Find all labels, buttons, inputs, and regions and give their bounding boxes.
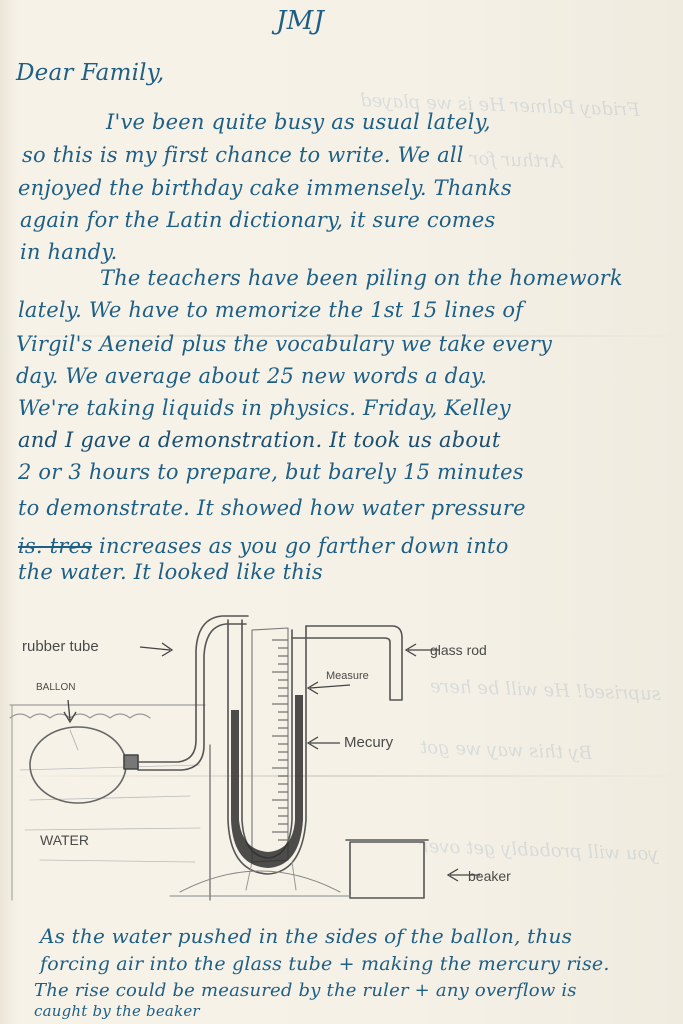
label-beaker: beaker (468, 868, 511, 884)
body-line: to demonstrate. It showed how water pres… (18, 498, 526, 519)
closing-line: caught by the beaker (34, 1004, 200, 1019)
body-line: and I gave a demonstration. It took us a… (18, 430, 501, 451)
body-line: lately. We have to memorize the 1st 15 l… (18, 300, 523, 321)
struck-text: is. tres (18, 534, 92, 558)
label-water: WATER (40, 832, 89, 848)
body-line: day. We average about 25 new words a day… (16, 366, 487, 387)
body-line: The teachers have been piling on the hom… (100, 268, 623, 289)
body-line: 2 or 3 hours to prepare, but barely 15 m… (18, 462, 524, 483)
body-line: We're taking liquids in physics. Friday,… (18, 398, 511, 419)
body-line: so this is my first chance to write. We … (22, 145, 464, 166)
header-mark: JMJ (276, 8, 324, 34)
manometer-diagram (0, 600, 683, 910)
label-rubber-tube: rubber tube (22, 638, 99, 655)
label-glass-rod: glass rod (430, 642, 487, 658)
body-line: again for the Latin dictionary, it sure … (20, 210, 495, 231)
closing-line: The rise could be measured by the ruler … (34, 982, 577, 1000)
label-balloon: BALLON (36, 682, 75, 693)
label-measure: Measure (326, 670, 369, 682)
bleed-through-text: Arthur for (470, 148, 563, 172)
body-line: I've been quite busy as usual lately, (106, 112, 491, 133)
body-line-text: increases as you go farther down into (99, 534, 509, 558)
body-line: the water. It looked like this (18, 562, 323, 583)
body-line: Virgil's Aeneid plus the vocabulary we t… (16, 334, 552, 355)
letter-page: Friday Palmer He is we played Arthur for… (0, 0, 683, 1024)
closing-line: forcing air into the glass tube + making… (40, 955, 610, 974)
body-line: enjoyed the birthday cake immensely. Tha… (18, 178, 512, 199)
body-line: is. tres increases as you go farther dow… (18, 536, 509, 557)
salutation: Dear Family, (16, 62, 164, 85)
body-line: in handy. (20, 242, 117, 263)
closing-line: As the water pushed in the sides of the … (40, 926, 572, 946)
label-mercury: Mecury (344, 734, 393, 751)
